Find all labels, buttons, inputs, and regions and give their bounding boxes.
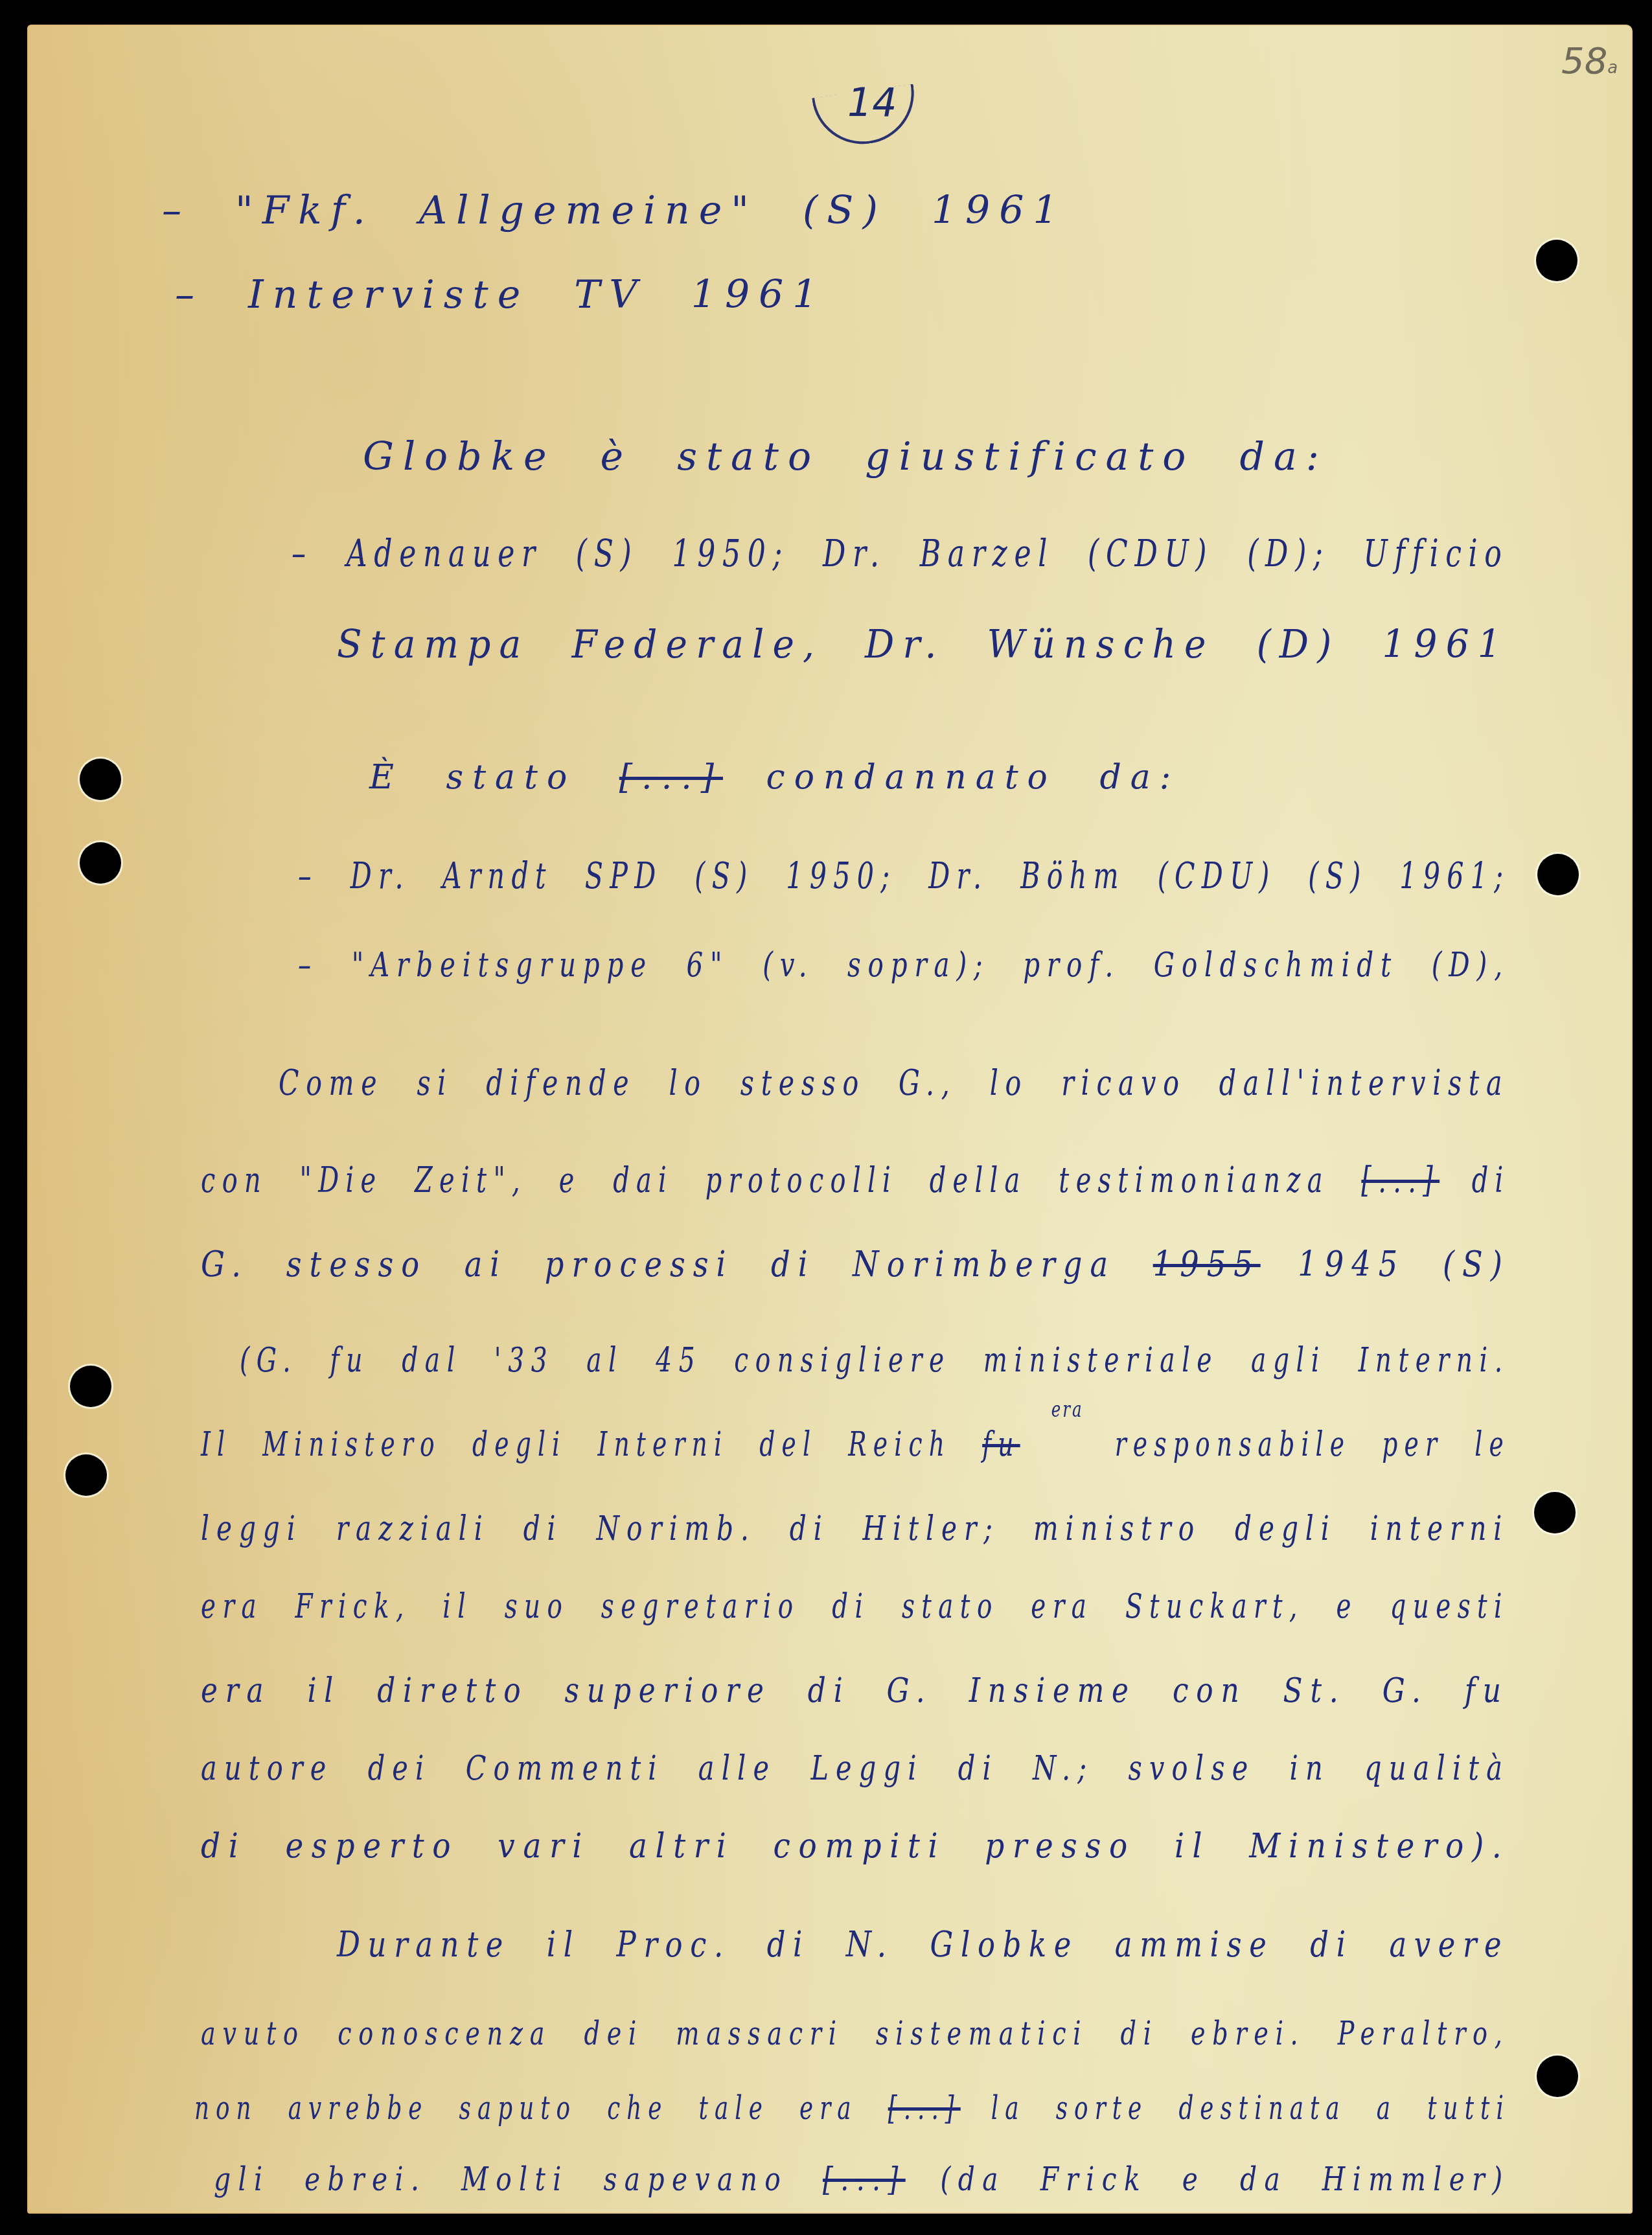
crossed-out-word: [...] <box>619 758 723 797</box>
punch-hole <box>1534 1492 1576 1533</box>
paragraph-trial-1: Durante il Proc. di N. Globke ammise di … <box>337 1924 1509 1965</box>
crossed-out-year: 1955 <box>1153 1244 1261 1285</box>
folio-number: 58a <box>1561 40 1618 82</box>
paragraph-defense-1: Come si difende lo stesso G., lo ricavo … <box>279 1062 1509 1103</box>
line-condemned-2: – "Arbeitsgruppe 6" (v. sopra); prof. Go… <box>298 946 1509 985</box>
inserted-word: era <box>1051 1397 1084 1423</box>
line-source-faz: – "Fkf. Allgemeine" (S) 1961 <box>162 188 1067 233</box>
paragraph-note-2: Il Ministero degli Interni del Reich fu … <box>201 1425 1510 1464</box>
punch-hole <box>70 1366 111 1407</box>
crossed-out-word: [...] <box>1361 1160 1440 1200</box>
punch-hole <box>65 1454 107 1496</box>
paragraph-note-1: (G. fu dal '33 al 45 consigliere ministe… <box>240 1341 1509 1380</box>
paragraph-note-4: era Frick, il suo segretario di stato er… <box>201 1587 1509 1626</box>
line-justified-2: Stampa Federale, Dr. Wünsche (D) 1961 <box>337 622 1509 667</box>
paragraph-trial-4: gli ebrei. Molti sapevano [...] (da Fric… <box>214 2160 1509 2198</box>
line-condemned-1: – Dr. Arndt SPD (S) 1950; Dr. Böhm (CDU)… <box>298 855 1509 897</box>
paragraph-note-6: autore dei Commenti alle Leggi di N.; sv… <box>201 1749 1509 1788</box>
punch-hole <box>80 759 121 800</box>
line-justified-1: – Adenauer (S) 1950; Dr. Barzel (CDU) (D… <box>292 531 1509 575</box>
document-page <box>27 25 1633 2214</box>
paragraph-defense-2: con "Die Zeit", e dai protocolli della t… <box>201 1160 1510 1200</box>
paragraph-note-5: era il diretto superiore di G. Insieme c… <box>201 1671 1509 1710</box>
punch-hole <box>1537 854 1579 895</box>
paragraph-trial-2: avuto conoscenza dei massacri sistematic… <box>201 2015 1509 2052</box>
page-number: 14 <box>815 84 915 146</box>
crossed-out-word: [...] <box>823 2160 906 2198</box>
crossed-out-word: [...] <box>888 2089 961 2127</box>
paragraph-note-7: di esperto vari altri compiti presso il … <box>201 1827 1509 1866</box>
paragraph-trial-3: non avrebbe saputo che tale era [...] la… <box>194 2089 1510 2127</box>
paragraph-defense-3: G. stesso ai processi di Norimberga 1955… <box>201 1244 1510 1285</box>
punch-hole <box>1536 240 1577 281</box>
heading-justified-by: Globke è stato giustificato da: <box>363 434 1328 479</box>
punch-hole <box>80 842 121 884</box>
crossed-out-word: fu <box>982 1425 1020 1464</box>
heading-condemned-by: È stato [...] condannato da: <box>369 758 1180 797</box>
line-source-tv: – Interviste TV 1961 <box>175 272 826 317</box>
punch-hole <box>1537 2056 1578 2097</box>
paragraph-note-3: leggi razziali di Norimb. di Hitler; min… <box>201 1509 1509 1548</box>
